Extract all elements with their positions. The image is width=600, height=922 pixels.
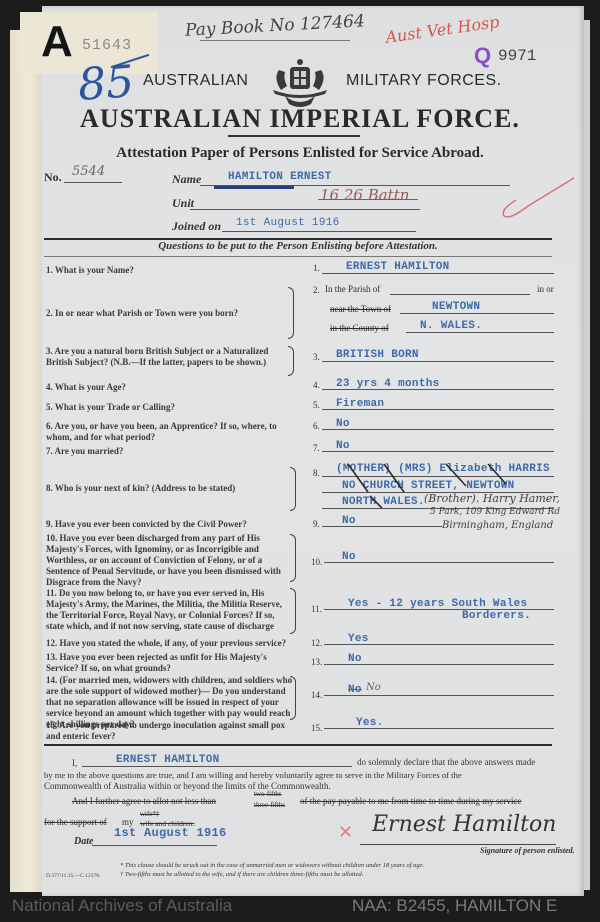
declaration-rule	[44, 744, 552, 746]
answer-1: ERNEST HAMILTON	[346, 261, 450, 273]
series-letter: A	[41, 20, 73, 64]
answer-line	[406, 332, 554, 333]
footnote-1: * This clause should be struck out in th…	[120, 862, 424, 869]
bracket	[288, 346, 294, 376]
question-9: 9. Have you ever been convicted by the C…	[46, 519, 294, 530]
name-underline-ink	[214, 186, 294, 189]
red-check-mark	[498, 176, 578, 226]
question-10: 10. Have you ever been discharged from a…	[46, 533, 294, 588]
declaration-line3: Commonwealth of Australia within or beyo…	[44, 780, 331, 792]
answer-num: 14.	[311, 690, 322, 700]
answer-line	[324, 695, 554, 696]
answer-num: 15.	[311, 723, 322, 733]
support-clause: for the support of	[44, 816, 107, 828]
answer-line	[322, 451, 554, 452]
answer-line	[322, 361, 554, 362]
answer-num: 1.	[313, 263, 320, 273]
question-15: 15. Are you prepared to undergo inoculat…	[46, 720, 294, 742]
unit-underline	[190, 209, 420, 210]
answer-line	[400, 313, 554, 314]
no-underline	[64, 182, 122, 183]
question-2: 2. In or near what Parish or Town were y…	[46, 308, 294, 319]
signature: Ernest Hamilton	[372, 812, 556, 837]
in-or-label: in or	[537, 284, 554, 294]
answer-line	[322, 409, 554, 410]
allotment-clause: And I further agree to allot not less th…	[72, 795, 216, 807]
joined-value: 1st August 1916	[236, 217, 340, 229]
answer-line	[322, 389, 554, 390]
answer-num: 7.	[313, 443, 320, 453]
question-1: 1. What is your Name?	[46, 265, 294, 276]
answer-num: 13.	[311, 657, 322, 667]
question-3: 3. Are you a natural born British Subjec…	[46, 346, 294, 368]
name-value: HAMILTON ERNEST	[228, 171, 332, 183]
joined-underline	[222, 231, 416, 232]
next-of-kin-handwritten-1: (Brother). Harry Hamer,	[424, 492, 560, 505]
coat-of-arms-icon	[265, 56, 335, 108]
answer-line	[324, 728, 554, 729]
bracket	[290, 534, 296, 582]
answer-2-town: NEWTOWN	[432, 301, 480, 313]
unit-strikethrough	[318, 199, 418, 200]
handwritten-85: 85	[76, 56, 135, 111]
question-7: 7. Are you married?	[46, 446, 294, 457]
answer-num: 10.	[311, 557, 322, 567]
binding-strip	[10, 30, 44, 892]
q-stamp: Q	[474, 43, 491, 69]
county-label: in the County of	[330, 323, 389, 333]
declaration-name: ERNEST HAMILTON	[116, 754, 220, 766]
answer-line	[390, 294, 530, 295]
answer-line	[322, 273, 554, 274]
header-military-forces: MILITARY FORCES.	[346, 72, 502, 90]
declaration-name-line	[82, 766, 352, 767]
bracket	[290, 588, 296, 634]
joined-label: Joined on	[172, 219, 221, 234]
question-13: 13. Have you ever been rejected as unfit…	[46, 652, 294, 674]
answer-num: 5.	[313, 400, 320, 410]
next-of-kin-handwritten-2: 5 Park, 109 King Edward Rd	[430, 507, 560, 517]
footnote-2: † Two-fifths must be allotted to the wif…	[120, 871, 363, 878]
allotment-clause-tail: of the pay payable to me from time to ti…	[300, 795, 521, 807]
name-label: Name	[172, 172, 201, 187]
header-australian: AUSTRALIAN	[143, 72, 248, 90]
answer-2-county: N. WALES.	[420, 320, 482, 332]
next-of-kin-handwritten-3: Birmingham, England	[442, 520, 553, 531]
answer-line	[324, 562, 554, 563]
answer-num: 8.	[313, 468, 320, 478]
pay-book-underline	[200, 40, 350, 41]
answer-line	[324, 644, 554, 645]
question-12: 12. Have you stated the whole, if any, o…	[46, 638, 294, 649]
signature-line	[360, 844, 556, 845]
signature-label: Signature of person enlisted.	[480, 846, 575, 855]
answer-num: 9.	[313, 519, 320, 529]
q-number: 9971	[498, 47, 536, 65]
archive-watermark: National Archives of Australia	[12, 896, 232, 916]
answer-num: 3.	[313, 352, 320, 362]
answer-3: BRITISH BORN	[336, 349, 419, 361]
answer-line	[322, 429, 554, 430]
answer-14-handwritten: No	[366, 682, 381, 693]
no-label: No.	[44, 170, 62, 185]
answer-num: 6.	[313, 421, 320, 431]
question-11: 11. Do you now belong to, or have you ev…	[46, 588, 294, 632]
date-line	[92, 845, 217, 846]
questions-heading: Questions to be put to the Person Enlist…	[44, 240, 552, 252]
answer-line	[322, 526, 442, 527]
question-8: 8. Who is your next of kin? (Address to …	[46, 483, 294, 494]
bracket	[290, 676, 296, 720]
town-label: near the Town of	[330, 304, 391, 314]
unit-value: 16 26 Battn	[320, 186, 409, 204]
bracket	[290, 467, 296, 511]
form-code: D.377/11.15.—C.12378.	[46, 873, 100, 879]
answer-num: 4.	[313, 380, 320, 390]
red-x-mark: ✕	[338, 822, 353, 843]
answer-num: 2.	[313, 285, 320, 295]
title-rule	[228, 135, 360, 137]
answer-num: 12.	[311, 638, 322, 648]
archive-number: 51643	[82, 37, 132, 54]
bracket	[288, 287, 294, 339]
question-6: 6. Are you, or have you been, an Apprent…	[46, 421, 294, 443]
parish-label: In the Parish of	[325, 284, 380, 294]
question-5: 5. What is your Trade or Calling?	[46, 402, 294, 413]
three-fifths: three-fifths	[254, 799, 285, 811]
question-4: 4. What is your Age?	[46, 382, 294, 393]
declaration-line1: do solemnly declare that the above answe…	[357, 756, 535, 768]
page-title: AUSTRALIAN IMPERIAL FORCE.	[70, 104, 530, 134]
date-label: Date	[74, 836, 93, 847]
answer-11-line2: Borderers.	[462, 610, 531, 622]
answer-num: 11.	[311, 604, 322, 614]
archive-reference: NAA: B2455, HAMILTON E	[352, 896, 557, 916]
date-value: 1st August 1916	[114, 826, 227, 840]
declaration-i: I,	[72, 757, 77, 769]
regimental-number: 5544	[72, 164, 105, 179]
page-subtitle: Attestation Paper of Persons Enlisted fo…	[60, 145, 540, 162]
answer-line	[324, 664, 554, 665]
heading-rule	[44, 256, 552, 257]
